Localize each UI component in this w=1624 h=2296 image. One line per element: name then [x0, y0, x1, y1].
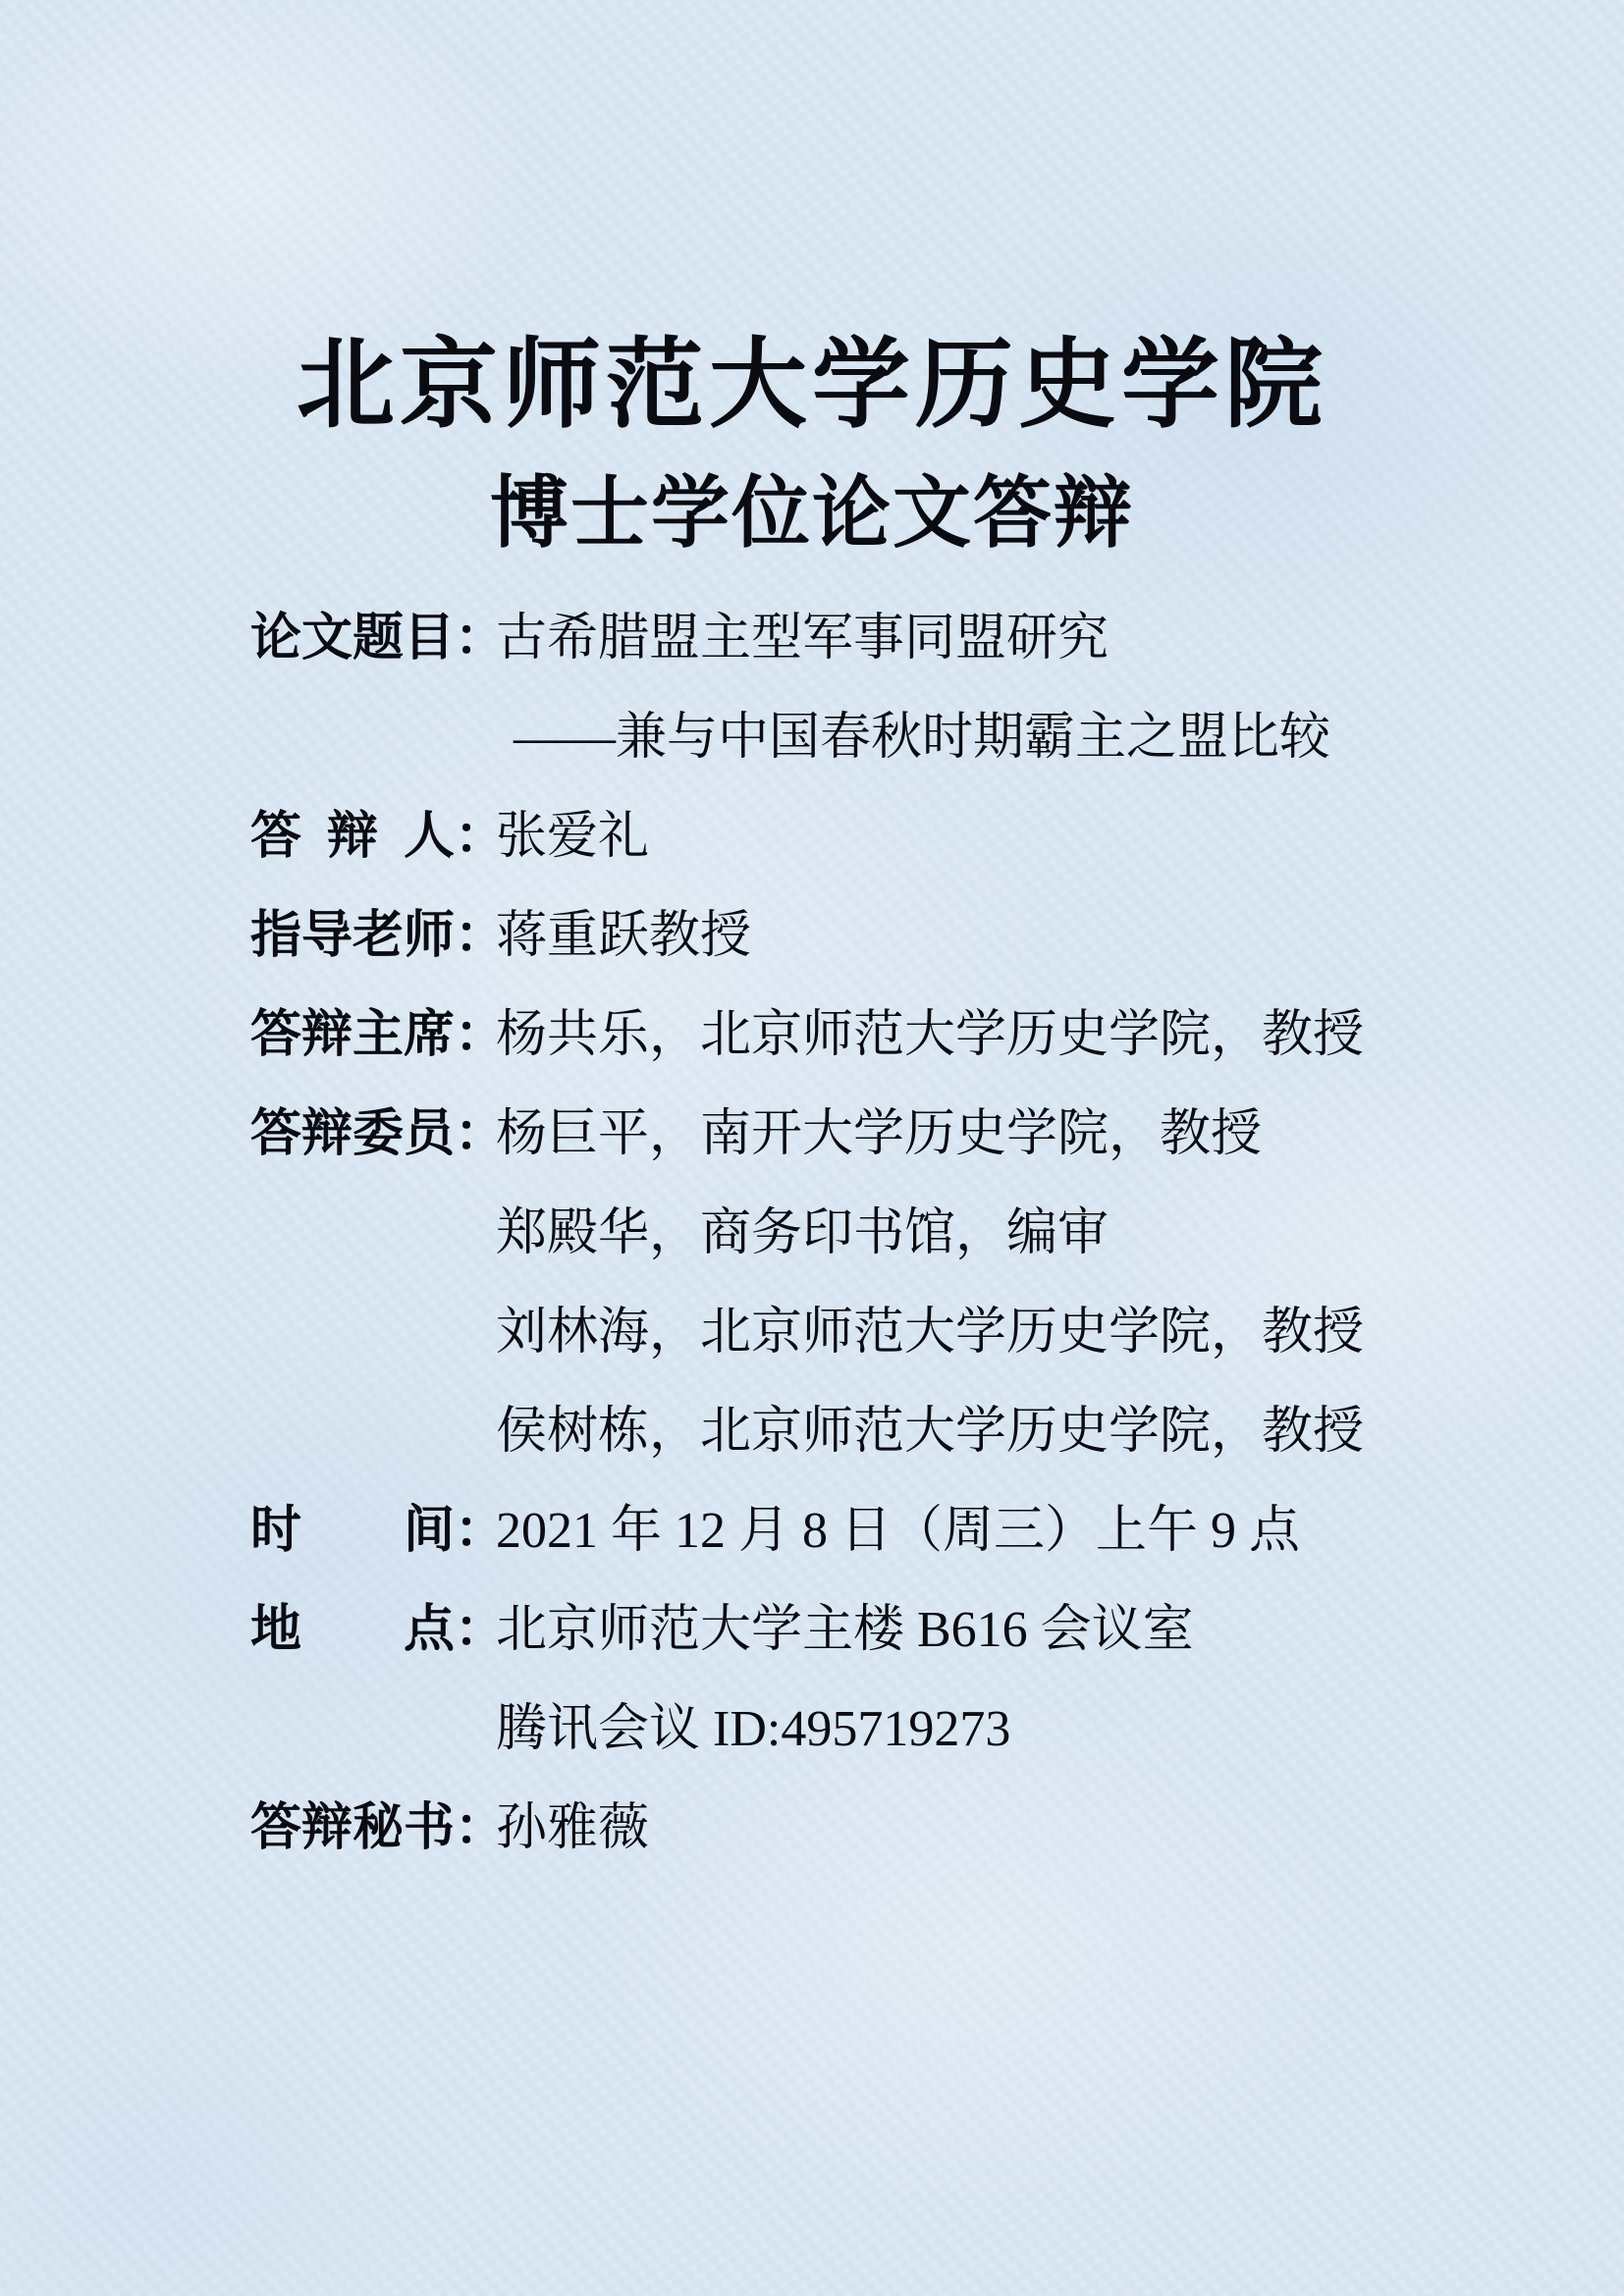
field-label: 时间： — [250, 1499, 496, 1563]
row-time: 时间：2021 年 12 月 8 日（周三）上午 9 点 — [250, 1499, 1624, 1598]
field-value: 北京师范大学主楼 B616 会议室 — [496, 1598, 1194, 1662]
info-rows: 论文题目：古希腊盟主型军事同盟研究 ——兼与中国春秋时期霸主之盟比较 答辩人：张… — [250, 607, 1624, 1896]
row-committee-member-2: 郑殿华，商务印书馆，编审 — [250, 1201, 1624, 1301]
row-advisor: 指导老师：蒋重跃教授 — [250, 904, 1624, 1003]
field-label: 指导老师： — [250, 904, 496, 968]
row-defense-chair: 答辩主席：杨共乐，北京师范大学历史学院，教授 — [250, 1003, 1624, 1102]
row-thesis-title: 论文题目：古希腊盟主型军事同盟研究 — [250, 607, 1624, 706]
field-label — [250, 1400, 496, 1464]
field-value: 杨巨平，南开大学历史学院，教授 — [496, 1102, 1262, 1166]
field-label — [250, 1301, 496, 1364]
field-value: 腾讯会议 ID:495719273 — [496, 1697, 1010, 1761]
page-title: 北京师范大学历史学院 — [0, 0, 1624, 440]
row-committee-member-1: 答辩委员：杨巨平，南开大学历史学院，教授 — [250, 1102, 1624, 1201]
field-label: 答辩委员： — [250, 1102, 496, 1166]
field-value: 2021 年 12 月 8 日（周三）上午 9 点 — [496, 1499, 1300, 1563]
field-label — [250, 1697, 496, 1761]
row-committee-member-3: 刘林海，北京师范大学历史学院，教授 — [250, 1301, 1624, 1400]
field-value: 杨共乐，北京师范大学历史学院，教授 — [496, 1003, 1364, 1067]
row-location: 地点：北京师范大学主楼 B616 会议室 — [250, 1598, 1624, 1697]
row-thesis-subtitle: ——兼与中国春秋时期霸主之盟比较 — [250, 706, 1624, 805]
row-secretary: 答辩秘书：孙雅薇 — [250, 1796, 1624, 1896]
field-label: 答辩主席： — [250, 1003, 496, 1067]
row-committee-member-4: 侯树栋，北京师范大学历史学院，教授 — [250, 1400, 1624, 1499]
field-value: 古希腊盟主型军事同盟研究 — [496, 607, 1109, 670]
row-defender: 答辩人：张爱礼 — [250, 805, 1624, 904]
field-value: 张爱礼 — [496, 805, 649, 869]
field-label: 论文题目： — [250, 607, 496, 670]
row-meeting-id: 腾讯会议 ID:495719273 — [250, 1697, 1624, 1796]
field-value: ——兼与中国春秋时期霸主之盟比较 — [514, 706, 1330, 770]
field-label: 答辩人： — [250, 805, 496, 869]
field-label: 答辩秘书： — [250, 1796, 496, 1860]
field-value: 蒋重跃教授 — [496, 904, 751, 968]
document-page: 北京师范大学历史学院 博士学位论文答辩 论文题目：古希腊盟主型军事同盟研究 ——… — [0, 0, 1624, 2296]
field-value: 侯树栋，北京师范大学历史学院，教授 — [496, 1400, 1364, 1464]
field-value: 孙雅薇 — [496, 1796, 649, 1860]
field-label — [250, 706, 496, 770]
field-value: 刘林海，北京师范大学历史学院，教授 — [496, 1301, 1364, 1364]
field-value: 郑殿华，商务印书馆，编审 — [496, 1201, 1109, 1265]
field-label — [250, 1201, 496, 1265]
field-label: 地点： — [250, 1598, 496, 1662]
page-subtitle: 博士学位论文答辩 — [0, 440, 1624, 558]
